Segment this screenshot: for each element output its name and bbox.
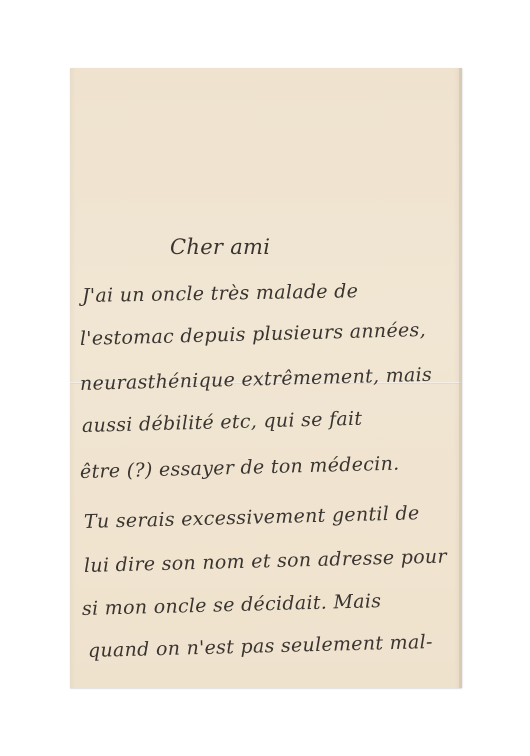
letter-line: l'estomac depuis plusieurs années, xyxy=(80,319,426,350)
letter-body: Cher ami J'ai un oncle très malade de l'… xyxy=(70,68,462,688)
letter-line: neurasthénique extrêmement, mais xyxy=(80,364,433,395)
letter-line: Tu serais excessivement gentil de xyxy=(84,502,420,533)
letter-line: J'ai un oncle très malade de xyxy=(82,280,359,307)
letter-paper: Cher ami J'ai un oncle très malade de l'… xyxy=(70,68,462,688)
letter-line: lui dire son nom et son adresse pour xyxy=(84,546,447,577)
letter-line: quand on n'est pas seulement mal- xyxy=(88,631,433,662)
page-background: Cher ami J'ai un oncle très malade de l'… xyxy=(0,0,530,756)
letter-line: être (?) essayer de ton médecin. xyxy=(80,453,400,483)
letter-line: si mon oncle se décidait. Mais xyxy=(82,590,382,620)
letter-line: aussi débilité etc, qui se fait xyxy=(82,408,363,437)
letter-greeting: Cher ami xyxy=(170,235,270,259)
